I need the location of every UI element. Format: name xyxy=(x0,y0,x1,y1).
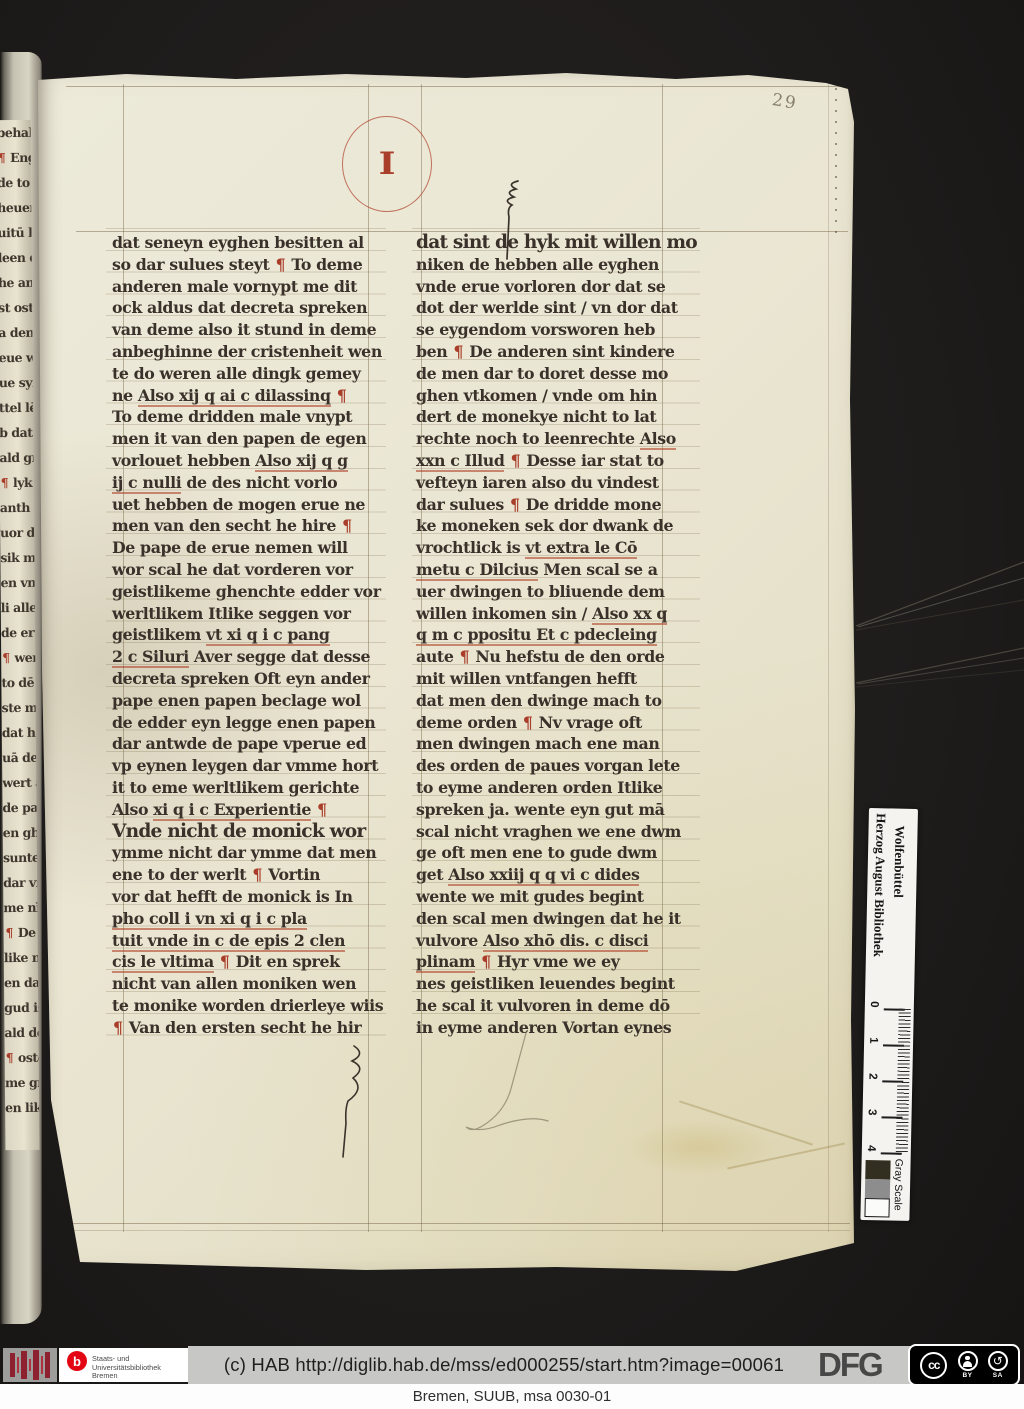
gray-scale-label: Gray Scale xyxy=(891,1159,904,1221)
facing-page-fragment: ste mē xyxy=(2,695,36,720)
manuscript-line: niken de hebben alle eyghen xyxy=(416,254,697,276)
manuscript-line: nes geistliken leuendes begint xyxy=(416,973,697,995)
facing-page-fragment: uor dē xyxy=(0,520,34,545)
facing-page-fragment: he anlā xyxy=(0,270,32,295)
manuscript-line: ke moneken sek dor dwank de xyxy=(416,515,697,537)
facing-page-fragment: ue syne xyxy=(0,370,33,395)
logo-bar xyxy=(33,1350,39,1380)
facing-page-fragment: ¶ oste xyxy=(5,1045,39,1070)
manuscript-line: Vnde nicht de monick wor xyxy=(112,821,383,843)
screenshot-root: behalv¶ Engde to sūheuer muitū lēleen dn… xyxy=(0,0,1024,1409)
cc-by-item: BY xyxy=(958,1351,978,1379)
manuscript-line: plinam ¶ Hyr vme we ey xyxy=(416,951,697,973)
manuscript-line: deme orden ¶ Nv vrage oft xyxy=(416,712,697,734)
manuscript-line: vp eynen leygen dar vmme hort xyxy=(112,755,383,777)
library-panel: b Staats- und Universitätsbibliothek Bre… xyxy=(59,1348,188,1382)
facing-page-fragment: uitū lē xyxy=(0,220,32,245)
manuscript-line: anbeghinne der cristenheit wen xyxy=(112,341,383,363)
manuscript-line: de men dar to doret desse mo xyxy=(416,363,697,385)
manuscript-line: dot der werlde sint / vn dor dat xyxy=(416,297,697,319)
facing-page-fragment: wert al xyxy=(2,770,36,795)
facing-page-fragment: to dē g xyxy=(1,670,35,695)
manuscript-line: spreken ja. wente eyn gut mā xyxy=(416,799,697,821)
manuscript-line: men dwingen mach ene man xyxy=(416,733,697,755)
logo-bar xyxy=(29,1359,31,1371)
facing-page-fragment: dar vm xyxy=(3,870,37,895)
page-holder-rods xyxy=(848,548,1024,698)
cc-sa-arrow-icon: ↺ xyxy=(988,1351,1008,1371)
manuscript-line: de edder eyn legge enen papen xyxy=(112,712,383,734)
parchment-stain xyxy=(596,1110,806,1185)
manuscript-line: geistlikeme ghenchte edder vor xyxy=(112,581,383,603)
facing-page-fragment: ¶ De xyxy=(3,920,37,945)
manuscript-line: 2 c Siluri Aver segge dat desse xyxy=(112,646,383,668)
facing-page-fragment: en dat xyxy=(4,970,38,995)
facing-page-fragment: ¶ Eng xyxy=(0,145,31,170)
manuscript-line: dar antwde de pape vperue ed xyxy=(112,733,383,755)
manuscript-line: get Also xxiij q q vi c dides xyxy=(416,864,697,886)
manuscript-line: dar sulues ¶ De dridde mone xyxy=(416,494,697,516)
facing-page-fragment: en vnd xyxy=(0,570,34,595)
facing-page-fragment: me gro xyxy=(5,1070,39,1095)
suub-logo-bars xyxy=(3,1348,57,1382)
manuscript-line: vor dat hefft de monick is In xyxy=(112,886,383,908)
facing-page-fragment: gud is xyxy=(4,995,38,1020)
gray-scale-patch-dark xyxy=(865,1160,890,1180)
manuscript-line: cis le vltima ¶ Dit en sprek xyxy=(112,951,383,973)
manuscript-line: wor scal he dat vorderen vor xyxy=(112,559,383,581)
facing-page-fragment: de to sū xyxy=(0,170,31,195)
manuscript-column-left: dat seneyn eyghen besitten also dar sulu… xyxy=(112,232,383,1038)
facing-page-fragment: de erue xyxy=(1,620,35,645)
manuscript-line: vnde erue vorloren dor dat se xyxy=(416,276,697,298)
manuscript-line: De pape de erue nemen will xyxy=(112,537,383,559)
facing-page-fragment: ald gro xyxy=(0,445,34,470)
facing-page-fragment: eue wis xyxy=(0,345,33,370)
manuscript-line: nicht van allen moniken wen xyxy=(112,973,383,995)
manuscript-line: van deme also it stund in deme xyxy=(112,319,383,341)
manuscript-line: vulvore Also xhō dis. c disci xyxy=(416,930,697,952)
manuscript-line: te monike worden drierleye wiis xyxy=(112,995,383,1017)
manuscript-line: dat seneyn eyghen besitten al xyxy=(112,232,383,254)
facing-page-fragment: en ghe xyxy=(3,820,37,845)
manuscript-line: pho coll i vn xi q i c pla xyxy=(112,908,383,930)
rubric-circle: I xyxy=(342,116,432,212)
logo-bar xyxy=(10,1353,15,1377)
manuscript-line: uer dwingen to bliuende dem xyxy=(416,581,697,603)
scribal-flourish xyxy=(456,1025,616,1145)
facing-page-fragment: anth de xyxy=(0,495,34,520)
facing-page-fragment: li alle xyxy=(1,595,35,620)
ruling-line xyxy=(60,1223,850,1224)
manuscript-line: he scal it vulvoren in deme dō xyxy=(416,995,697,1017)
shelfmark-strip: Bremen, SUUB, msa 0030-01 xyxy=(0,1384,1024,1409)
manuscript-line: men van den secht he hire ¶ xyxy=(112,515,383,537)
manuscript-page: I 29 dat seneyn eyghen besitten also dar… xyxy=(36,70,856,1275)
manuscript-line: decreta spreken Oft eyn ander xyxy=(112,668,383,690)
facing-page-fragment: sunte xyxy=(3,845,37,870)
facing-page-fragment: uā des xyxy=(2,745,36,770)
logo-bar xyxy=(45,1352,50,1378)
cc-sa-label: SA xyxy=(993,1372,1003,1379)
rubric-initial: I xyxy=(379,146,396,182)
facing-page-fragment: like m xyxy=(4,945,38,970)
facing-page-fragment: sik md xyxy=(0,545,34,570)
cc-by-person-icon xyxy=(958,1351,978,1371)
facing-page-fragment: me nīt xyxy=(3,895,37,920)
manuscript-line: so dar sulues steyt ¶ To deme xyxy=(112,254,383,276)
facing-page-fragment: dat he xyxy=(2,720,36,745)
manuscript-line: den scal men dwingen dat he it xyxy=(416,908,697,930)
ruler-number: 1 xyxy=(867,1037,881,1053)
facing-page-fragment: b dat g xyxy=(0,420,33,445)
manuscript-line: ¶ Van den ersten secht he hir xyxy=(112,1017,383,1039)
ruler-title: Herzog August Bibliothek Wolfenbüttel xyxy=(868,813,910,1014)
dfg-logo: DFG xyxy=(818,1346,882,1384)
manuscript-line: dat sint de hyk mit willen mo xyxy=(416,232,697,254)
manuscript-line: vorlouet hebben Also xij q g xyxy=(112,450,383,472)
manuscript-line: aute ¶ Nu hefstu de den orde xyxy=(416,646,697,668)
logo-bar xyxy=(17,1357,19,1373)
facing-page-fragment: leen dn xyxy=(0,245,32,270)
facing-page-fragment: st ostr xyxy=(0,295,32,320)
manuscript-line: ne Also xij q ai c dilassinq ¶ xyxy=(112,385,383,407)
manuscript-line: ock aldus dat decreta spreken xyxy=(112,297,383,319)
manuscript-line: geistlikem vt xi q i c pang xyxy=(112,624,383,646)
manuscript-line: se eygendom vorsworen heb xyxy=(416,319,697,341)
manuscript-line: tuit vnde in c de epis 2 clen xyxy=(112,930,383,952)
manuscript-line: des orden de paues vorgan lete xyxy=(416,755,697,777)
ruling-line xyxy=(828,84,829,1232)
manuscript-line: ge oft men ene to gude dwm xyxy=(416,842,697,864)
manuscript-line: ghen vtkomen / vnde om hin xyxy=(416,385,697,407)
manuscript-line: ij c nulli de des nicht vorlo xyxy=(112,472,383,494)
manuscript-line: ene to der werlt ¶ Vortin xyxy=(112,864,383,886)
facing-page-fragment: de pap xyxy=(2,795,36,820)
manuscript-line: dat men den dwinge mach to xyxy=(416,690,697,712)
manuscript-line: rechte noch to leenrechte Also xyxy=(416,428,697,450)
manuscript-line: pape enen papen beclage wol xyxy=(112,690,383,712)
bremen-b-logo: b xyxy=(67,1351,87,1371)
library-name: Staats- und Universitätsbibliothek Breme… xyxy=(92,1355,161,1381)
facing-page-fragment: ald de xyxy=(4,1020,38,1045)
cc-by-label: BY xyxy=(962,1372,972,1379)
cc-sa-item: ↺ SA xyxy=(988,1351,1008,1379)
manuscript-line: men it van den papen de egen xyxy=(112,428,383,450)
reference-ruler: Herzog August Bibliothek Wolfenbüttel 01… xyxy=(860,808,918,1221)
manuscript-line: vefteyn iaren also du vindest xyxy=(416,472,697,494)
ruler-number: 4 xyxy=(865,1145,879,1161)
library-name-line3: Bremen xyxy=(92,1372,161,1381)
manuscript-line: To deme dridden male vnypt xyxy=(112,406,383,428)
logo-bar xyxy=(41,1356,43,1374)
manuscript-line: metu c Dilcius Men scal se a xyxy=(416,559,697,581)
manuscript-line: xxn c Illud ¶ Desse iar stat to xyxy=(416,450,697,472)
manuscript-line: werltlikem Itlike seggen vor xyxy=(112,603,383,625)
facing-page-fragment: behalv xyxy=(0,120,31,145)
manuscript-line: ben ¶ De anderen sint kindere xyxy=(416,341,697,363)
ruling-line xyxy=(60,1230,850,1231)
manuscript-line: Also xi q i c Experientie ¶ xyxy=(112,799,383,821)
manuscript-line: q m c ppositu Et c pdecleing xyxy=(416,624,697,646)
folio-number: 29 xyxy=(771,90,799,114)
cc-license-badge: cc BY ↺ SA xyxy=(908,1344,1020,1386)
facing-page-fragment: heuer m xyxy=(0,195,31,220)
facing-page-fragment: ttel lē xyxy=(0,395,33,420)
manuscript-line: to eyme anderen orden Itlike xyxy=(416,777,697,799)
pricking-marks xyxy=(835,88,837,238)
scribal-flourish xyxy=(328,1042,374,1162)
facing-page-fragment: a den m xyxy=(0,320,32,345)
facing-page-fragment: ¶ lyk xyxy=(0,470,34,495)
manuscript-line: uet hebben de mogen erue ne xyxy=(112,494,383,516)
manuscript-line: mit willen vntfangen hefft xyxy=(416,668,697,690)
gray-scale-patch-mid xyxy=(865,1179,890,1199)
shelfmark-text: Bremen, SUUB, msa 0030-01 xyxy=(413,1388,611,1405)
copyright-bar: (c) HAB http://diglib.hab.de/mss/ed00025… xyxy=(188,1346,920,1384)
manuscript-line: anderen male vornypt me dit xyxy=(112,276,383,298)
manuscript-line: wente we mit gudes begint xyxy=(416,886,697,908)
ruler-number: 2 xyxy=(866,1073,880,1089)
manuscript-line: te do weren alle dingk gemey xyxy=(112,363,383,385)
gray-scale-patch-light xyxy=(864,1198,889,1218)
logo-bar xyxy=(21,1351,27,1379)
manuscript-line: scal nicht vraghen we ene dwm xyxy=(416,821,697,843)
manuscript-line: it to eme werltlikem gerichte xyxy=(112,777,383,799)
ruling-line xyxy=(66,86,848,87)
facing-page-fragment: en lik xyxy=(5,1095,39,1120)
manuscript-line: willen inkomen sin / Also xx q xyxy=(416,603,697,625)
manuscript-line: ymme nicht dar ymme dat men xyxy=(112,842,383,864)
ruler-number: 0 xyxy=(868,1001,882,1017)
manuscript-line: vrochtlick is vt extra le Cō xyxy=(416,537,697,559)
manuscript-line: dert de monekye nicht to lat xyxy=(416,406,697,428)
facing-page-fragment: ¶ wen xyxy=(1,645,35,670)
copyright-text: (c) HAB http://diglib.hab.de/mss/ed00025… xyxy=(224,1354,784,1376)
ruler-title-line2: Wolfenbüttel xyxy=(887,813,910,1013)
manuscript-column-right: dat sint de hyk mit willen moniken de he… xyxy=(416,232,697,1038)
ruler-number: 3 xyxy=(865,1109,879,1125)
cc-logo-icon: cc xyxy=(920,1352,947,1379)
